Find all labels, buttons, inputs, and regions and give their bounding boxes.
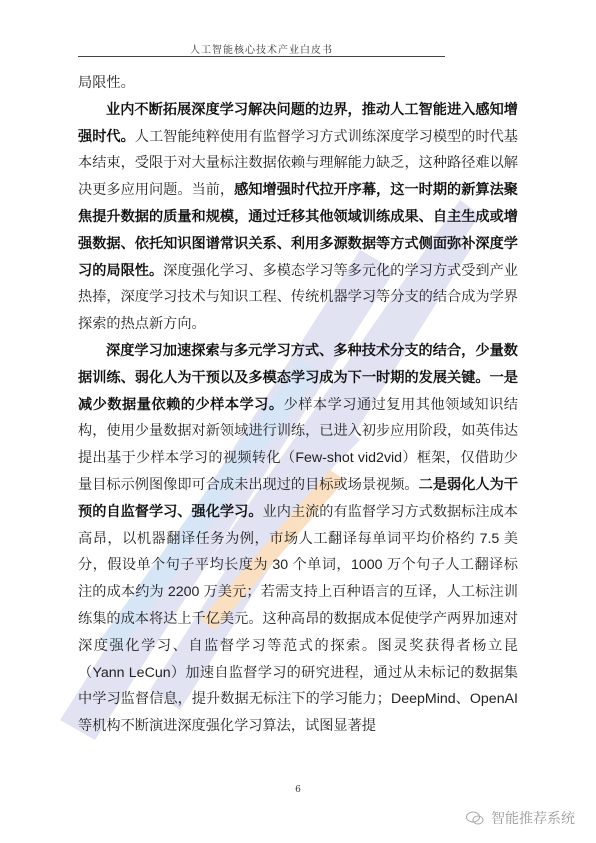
- running-header: 人工智能核心技术产业白皮书: [78, 41, 445, 56]
- paragraph-1: 业内不断拓展深度学习解决问题的边界，推动人工智能进入感知增强时代。人工智能纯粹使…: [78, 97, 518, 338]
- brand-label: 智能推荐系统: [491, 808, 575, 828]
- page-number: 6: [0, 785, 596, 795]
- number-30: 30: [268, 557, 293, 573]
- number-2200: 2200: [164, 584, 204, 600]
- number-1000: 1000: [351, 557, 387, 573]
- term-deepmind-openai: DeepMind、OpenAI: [391, 691, 518, 707]
- term-few-shot-vid2vid: Few-shot vid2vid: [295, 450, 402, 466]
- number-7-5: 7.5: [475, 531, 504, 547]
- wechat-icon: [465, 810, 485, 826]
- header-divider: [78, 56, 445, 57]
- brand-watermark: 智能推荐系统: [465, 808, 575, 828]
- paragraph-2-text-5: 个单词，: [292, 557, 350, 573]
- document-page: 人工智能核心技术产业白皮书 局限性。 业内不断拓展深度学习解决问题的边界，推动人…: [0, 0, 596, 843]
- body-text: 局限性。 业内不断拓展深度学习解决问题的边界，推动人工智能进入感知增强时代。人工…: [78, 70, 518, 740]
- term-yann-lecun: Yann LeCun: [92, 665, 170, 681]
- paragraph-0: 局限性。: [78, 70, 518, 97]
- paragraph-2: 深度学习加速探索与多元学习方式、多种技术分支的结合，少量数据训练、弱化人为干预以…: [78, 338, 518, 740]
- paragraph-2-text-9: 等机构不断演进深度强化学习算法，试图显著提: [78, 718, 376, 734]
